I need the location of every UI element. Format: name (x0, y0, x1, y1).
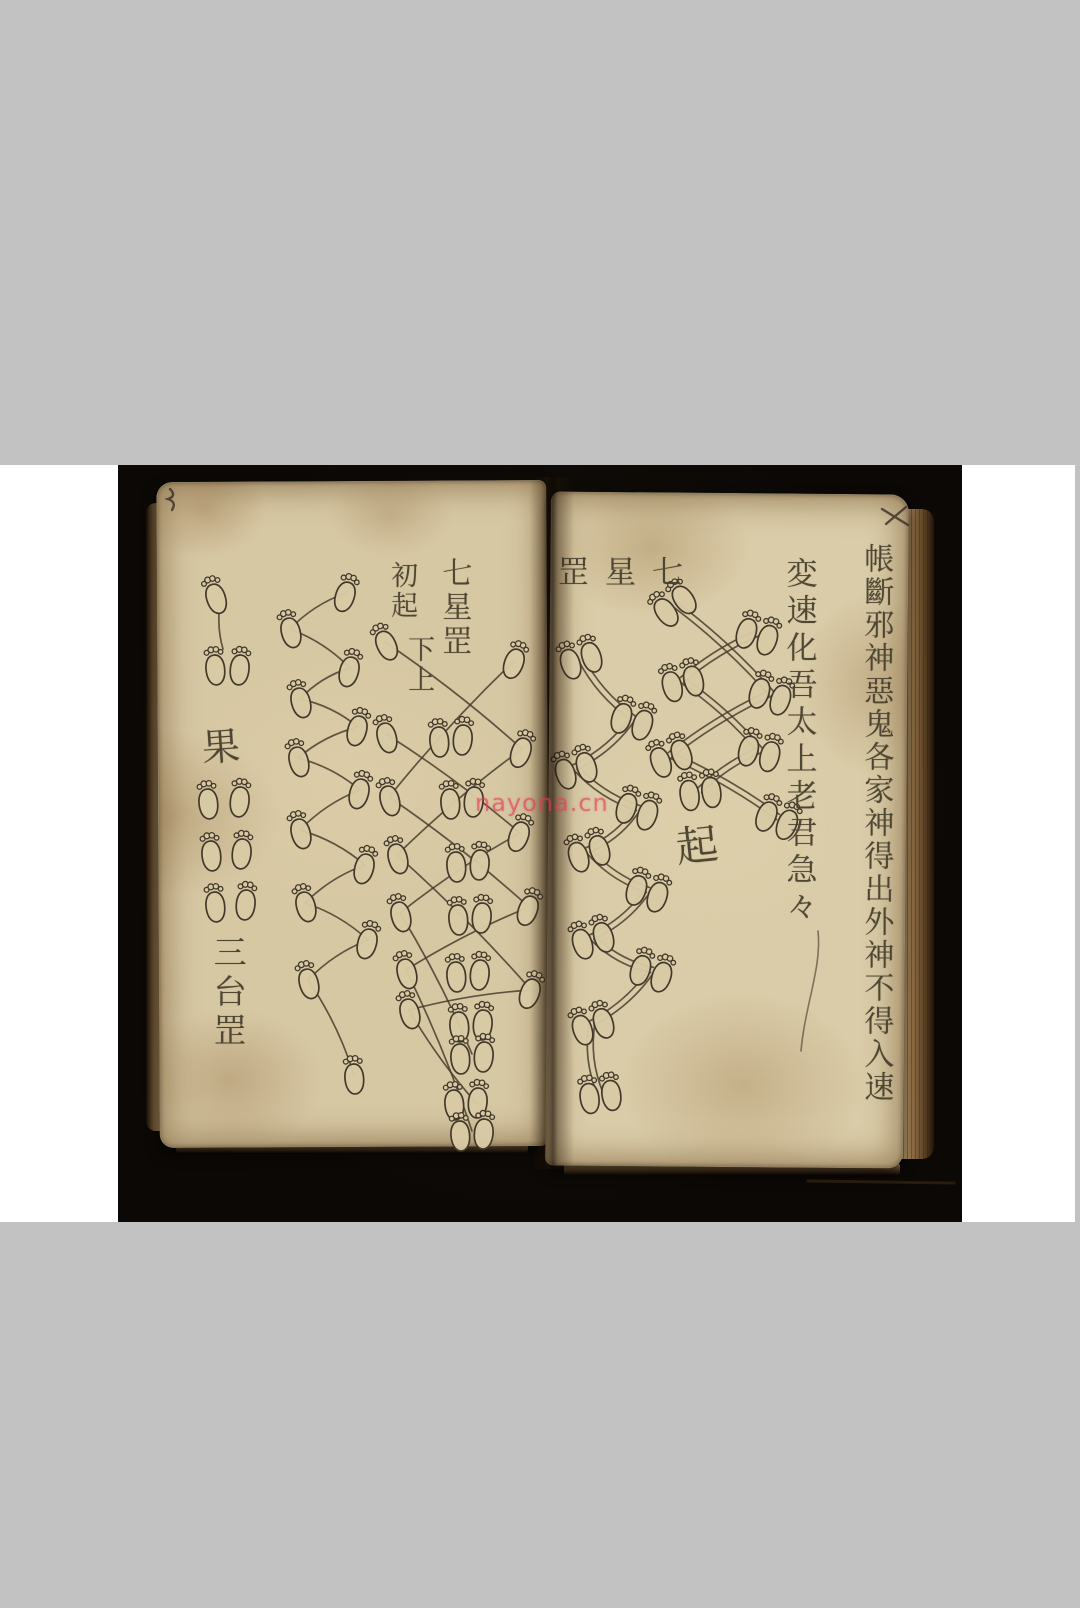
manuscript-photo: 七星罡 初起 下上 果 三台罡 罡星七 起 変速化吾太上老君急々 帳斷邪神惡鬼各… (118, 465, 962, 1222)
footprint-diagrams-drawing (118, 465, 962, 1222)
right-page-title-qixinggang: 罡星七 (558, 557, 699, 590)
right-page-label-qi: 起 (674, 821, 721, 871)
left-page-title-santaigang: 三台罡 (210, 935, 246, 1052)
left-page-label-guo: 果 (201, 726, 242, 770)
screenshot-canvas: 七星罡 初起 下上 果 三台罡 罡星七 起 変速化吾太上老君急々 帳斷邪神惡鬼各… (0, 0, 1080, 1608)
page-corner-x-mark (882, 507, 908, 525)
watermark-text: nayona.cn (475, 789, 609, 817)
right-page-spell-column-inner: 変速化吾太上老君急々 (781, 557, 814, 927)
left-page-label-chuqi: 初起 (387, 561, 416, 621)
left-page-label-xiashang: 下上 (404, 635, 433, 695)
left-page-title-qixinggang: 七星罡 (437, 557, 469, 659)
right-page-spell-column-outer: 帳斷邪神惡鬼各家神得出外神不得入速 (859, 543, 891, 1104)
book-board-edge-line (808, 1181, 954, 1183)
page-corner-thread-mark (168, 489, 174, 510)
calligraphy-tail-stroke (801, 931, 819, 1051)
corner-ink-marks (168, 489, 954, 1183)
